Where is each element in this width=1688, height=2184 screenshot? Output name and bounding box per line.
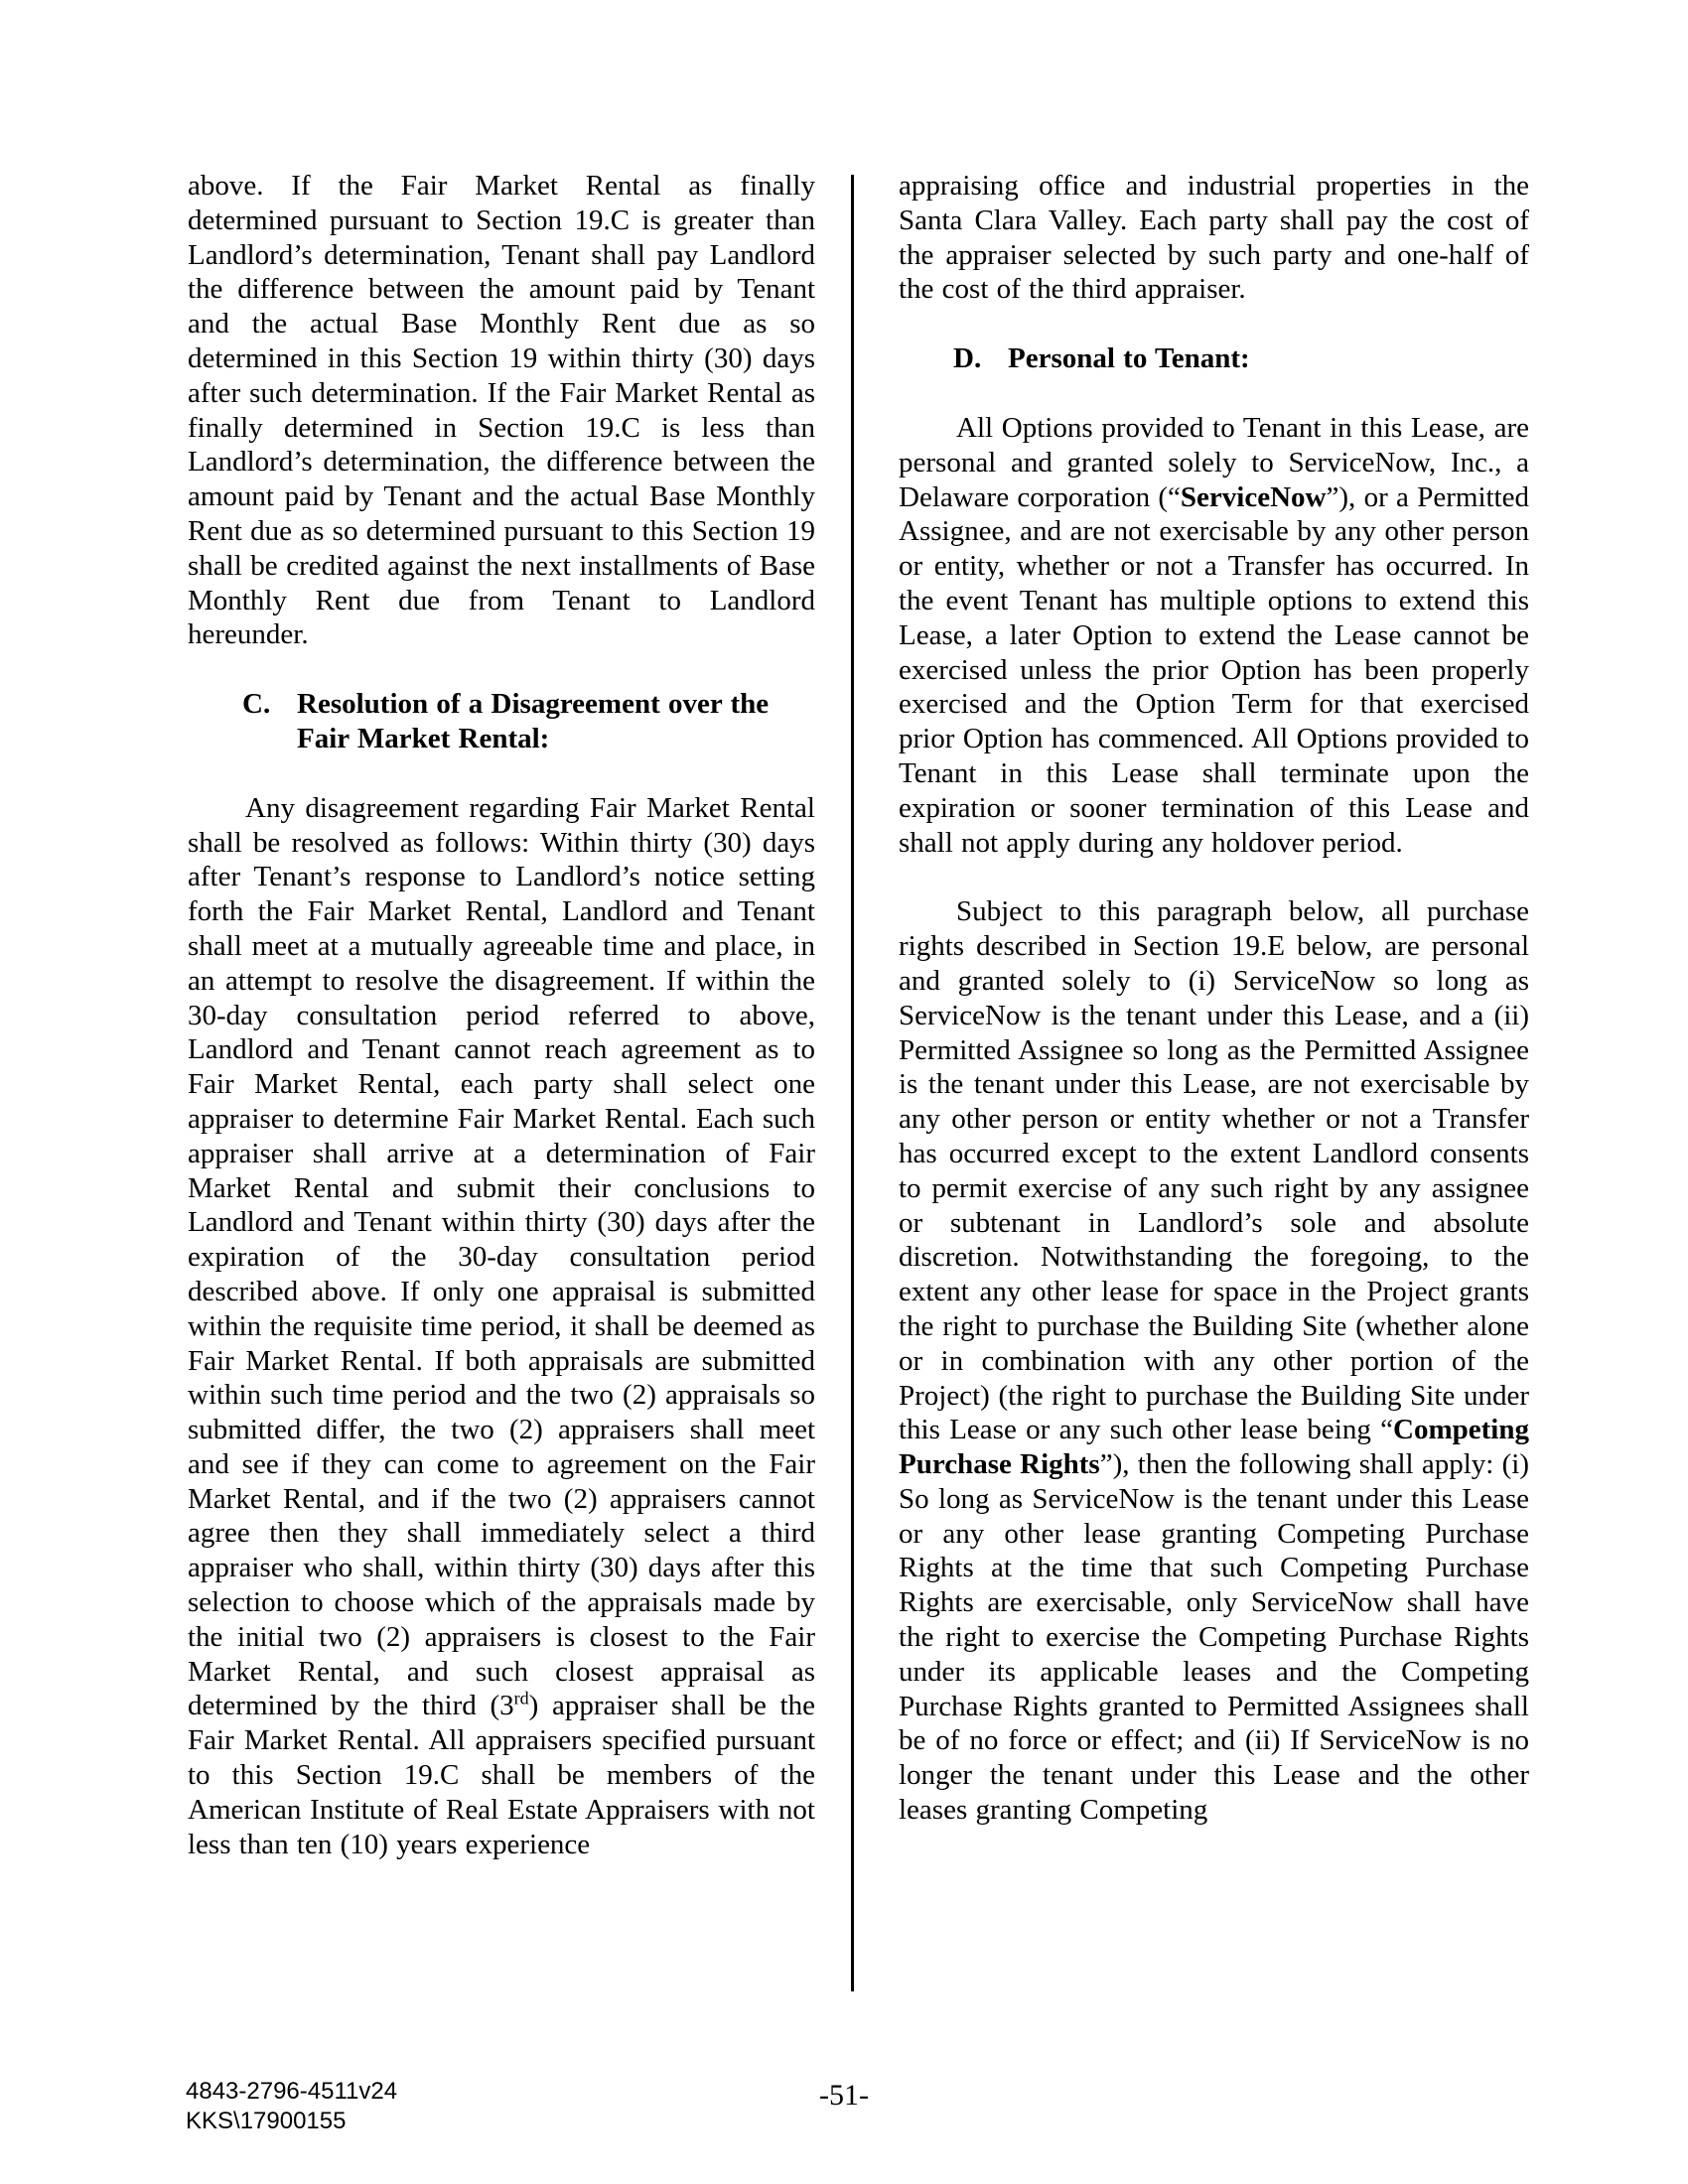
section-c-title: Resolution of a Disagreement over the Fa…	[297, 688, 769, 754]
text-run: Any disagreement regarding Fair Market R…	[188, 792, 815, 1722]
paragraph-purchase-rights: Subject to this paragraph below, all pur…	[899, 894, 1529, 1828]
section-heading-d: D.Personal to Tenant:	[899, 341, 1529, 376]
column-divider	[851, 175, 854, 1991]
section-heading-c: C.Resolution of a Disagreement over the …	[188, 687, 815, 756]
section-d-title: Personal to Tenant:	[1008, 342, 1250, 374]
paragraph-options: All Options provided to Tenant in this L…	[899, 411, 1529, 860]
paragraph-continuation: above. If the Fair Market Rental as fina…	[188, 169, 815, 652]
page-number: -51-	[0, 2079, 1688, 2113]
text-run: Subject to this paragraph below, all pur…	[899, 895, 1529, 1445]
document-page: above. If the Fair Market Rental as fina…	[0, 0, 1688, 2184]
text-run: ”), or a Permitted Assignee, and are not…	[899, 481, 1529, 859]
right-column: appraising office and industrial propert…	[899, 169, 1529, 1828]
defined-term-servicenow: ServiceNow	[1181, 481, 1327, 513]
section-d-marker: D.	[953, 341, 1008, 376]
paragraph-disagreement: Any disagreement regarding Fair Market R…	[188, 791, 815, 1862]
text-run: ”), then the following shall apply: (i) …	[899, 1448, 1529, 1826]
left-column: above. If the Fair Market Rental as fina…	[188, 169, 815, 1861]
superscript-ordinal: rd	[514, 1689, 529, 1708]
section-c-marker: C.	[242, 687, 297, 722]
paragraph-appraising: appraising office and industrial propert…	[899, 169, 1529, 307]
